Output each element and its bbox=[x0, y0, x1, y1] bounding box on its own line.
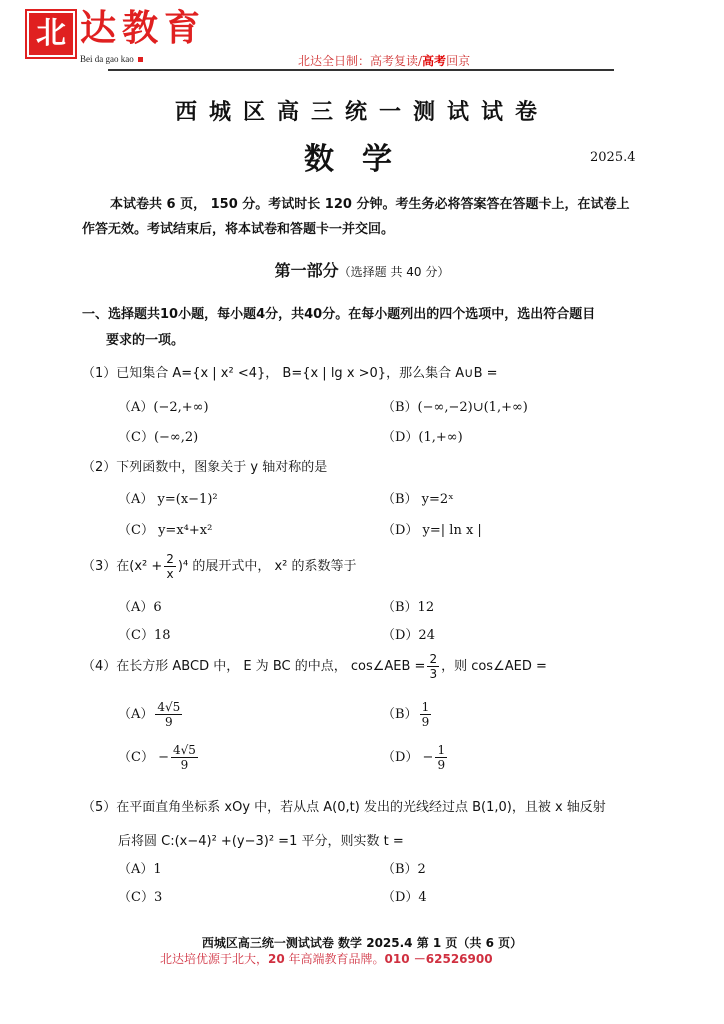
exam-date: 2025.4 bbox=[590, 150, 636, 165]
q2-option-a: （A） y=(x−1)² bbox=[118, 488, 218, 507]
denominator: 9 bbox=[437, 758, 445, 772]
option-label: （B） bbox=[382, 707, 418, 722]
square-icon bbox=[138, 57, 143, 62]
section-line-2: 要求的一项。 bbox=[82, 328, 652, 354]
slogan-bold: 高考 bbox=[422, 54, 446, 68]
option-label: （D） − bbox=[382, 750, 433, 765]
q4-stem-post: ，则 cos∠AED = bbox=[441, 659, 547, 674]
q2-option-b: （B） y=2ˣ bbox=[382, 488, 454, 507]
q5-option-a: （A）1 bbox=[118, 858, 162, 877]
page-footer: 西城区高三统一测试试卷 数学 2025.4 第 1 页（共 6 页） bbox=[0, 934, 724, 951]
numerator: 2 bbox=[164, 552, 176, 567]
header-divider bbox=[108, 69, 614, 71]
q5-option-d: （D）4 bbox=[382, 886, 427, 905]
option-fraction: 4√59 bbox=[171, 743, 198, 772]
numerator: 1 bbox=[435, 743, 447, 758]
q4-option-c: （C） −4√59 bbox=[118, 743, 200, 772]
part-heading: 第一部分（选择题 共 40 分） bbox=[0, 258, 724, 281]
question-3-stem: （3）在(x² +2x)⁴ 的展开式中， x² 的系数等于 bbox=[82, 552, 357, 581]
logo-mark: 北 bbox=[27, 11, 75, 57]
q4-option-d: （D） −19 bbox=[382, 743, 449, 772]
q4-fraction: 23 bbox=[427, 652, 439, 681]
numerator: 4√5 bbox=[155, 700, 182, 715]
section-line-1: 一、选择题共10小题，每小题4分，共40分。在每小题列出的四个选项中，选出符合题… bbox=[82, 302, 652, 328]
q3-stem-pre: （3）在(x² + bbox=[82, 559, 162, 574]
denominator: 9 bbox=[165, 715, 173, 729]
q3-option-a: （A）6 bbox=[118, 596, 162, 615]
q1-option-a: （A）(−2,+∞) bbox=[118, 396, 209, 415]
logo-char: 北 bbox=[36, 19, 66, 49]
logo-subtitle: Bei da gao kao bbox=[80, 54, 143, 64]
ad-years: 20 bbox=[268, 952, 285, 966]
slogan-text-end: 回京 bbox=[446, 54, 470, 68]
q3-option-c: （C）18 bbox=[118, 624, 171, 643]
logo-subtitle-text: Bei da gao kao bbox=[80, 54, 134, 64]
denominator: 9 bbox=[422, 715, 430, 729]
q3-option-b: （B）12 bbox=[382, 596, 434, 615]
q3-fraction: 2x bbox=[164, 552, 176, 581]
question-5-stem-line-1: （5）在平面直角坐标系 xOy 中，若从点 A(0,t) 发出的光线经过点 B(… bbox=[82, 796, 606, 815]
option-fraction: 19 bbox=[435, 743, 447, 772]
part-note: （选择题 共 40 分） bbox=[339, 265, 450, 279]
exam-title: 西城区高三统一测试试卷 bbox=[0, 95, 724, 126]
header-slogan: 北达全日制：高考复读/高考回京 bbox=[298, 52, 470, 69]
part-title: 第一部分 bbox=[275, 261, 339, 280]
denominator: 9 bbox=[181, 758, 189, 772]
numerator: 2 bbox=[427, 652, 439, 667]
numerator: 4√5 bbox=[171, 743, 198, 758]
q4-option-b: （B）19 bbox=[382, 700, 433, 729]
q1-option-b: （B）(−∞,−2)∪(1,+∞) bbox=[382, 396, 528, 415]
q5-option-c: （C）3 bbox=[118, 886, 162, 905]
q3-option-d: （D）24 bbox=[382, 624, 435, 643]
q3-stem-post: )⁴ 的展开式中， x² 的系数等于 bbox=[178, 559, 357, 574]
slogan-text: 北达全日制：高考复读/ bbox=[298, 54, 422, 68]
ad-text: 北达培优源于北大， bbox=[160, 952, 268, 966]
numerator: 1 bbox=[420, 700, 432, 715]
option-fraction: 4√59 bbox=[155, 700, 182, 729]
q5-option-b: （B）2 bbox=[382, 858, 426, 877]
question-4-stem: （4）在长方形 ABCD 中， E 为 BC 的中点， cos∠AEB =23，… bbox=[82, 652, 547, 681]
footer-ad: 北达培优源于北大，20 年高端教育品牌。010 －62526900 bbox=[160, 950, 493, 967]
logo-text: 达教育 bbox=[80, 10, 206, 46]
denominator: x bbox=[167, 567, 174, 581]
ad-phone: 010 －62526900 bbox=[385, 952, 493, 966]
instructions: 本试卷共 6 页， 150 分。考试时长 120 分钟。考生务必将答案答在答题卡… bbox=[82, 192, 642, 242]
question-5-stem-line-2: 后将圆 C:(x−4)² +(y−3)² =1 平分，则实数 t = bbox=[118, 830, 404, 849]
option-label: （C） − bbox=[118, 750, 169, 765]
q4-option-a: （A）4√59 bbox=[118, 700, 184, 729]
q1-option-d: （D）(1,+∞) bbox=[382, 426, 463, 445]
q2-option-d: （D） y=| ln x | bbox=[382, 519, 482, 538]
option-label: （A） bbox=[118, 707, 153, 722]
q4-stem-pre: （4）在长方形 ABCD 中， E 为 BC 的中点， cos∠AEB = bbox=[82, 659, 425, 674]
q2-option-c: （C） y=x⁴+x² bbox=[118, 519, 212, 538]
question-2-stem: （2）下列函数中，图象关于 y 轴对称的是 bbox=[82, 456, 327, 475]
denominator: 3 bbox=[429, 667, 437, 681]
section-instructions: 一、选择题共10小题，每小题4分，共40分。在每小题列出的四个选项中，选出符合题… bbox=[82, 302, 652, 354]
q1-option-c: （C）(−∞,2) bbox=[118, 426, 198, 445]
option-fraction: 19 bbox=[420, 700, 432, 729]
ad-text-2: 年高端教育品牌。 bbox=[285, 952, 385, 966]
question-1-stem: （1）已知集合 A={x | x² <4}， B={x | lg x >0}，那… bbox=[82, 362, 498, 381]
